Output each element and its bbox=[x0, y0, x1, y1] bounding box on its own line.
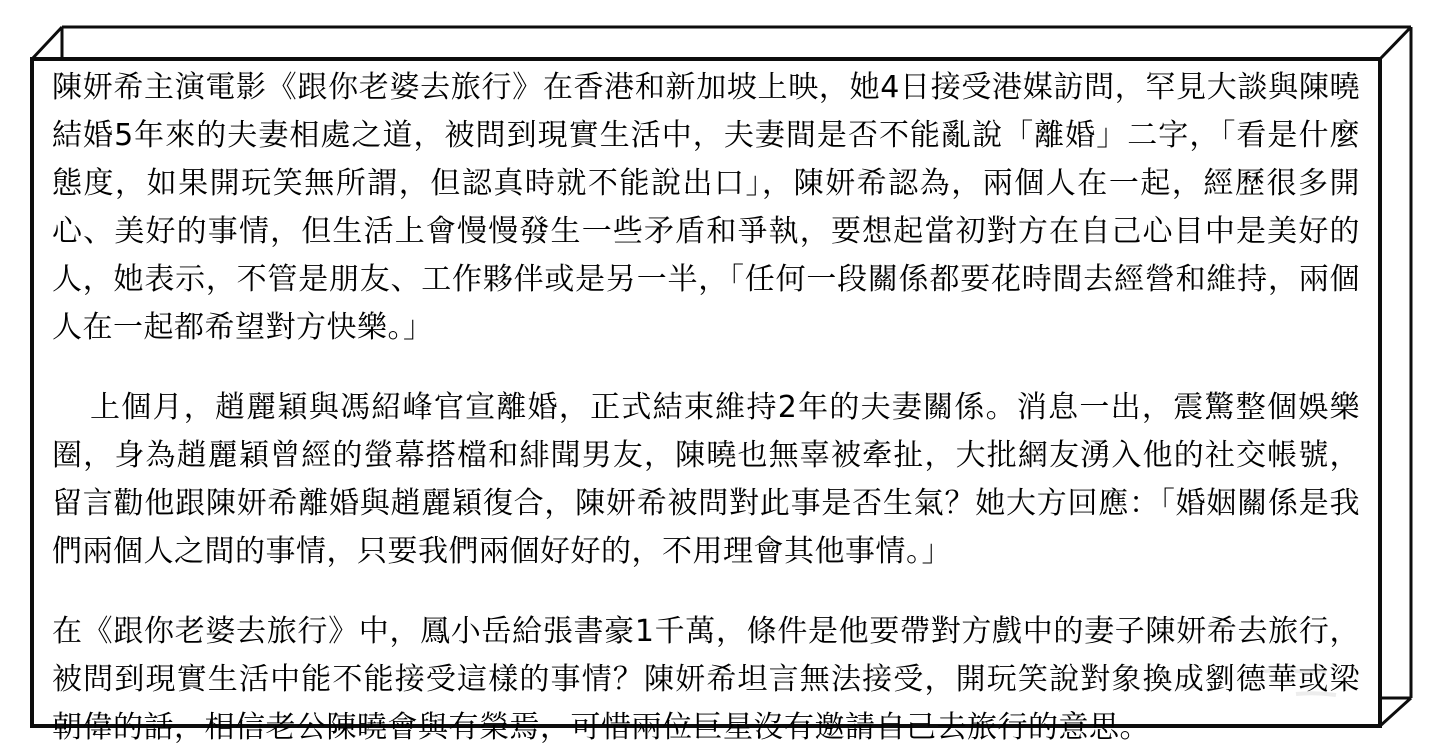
frame-top-left-slant bbox=[32, 27, 62, 59]
frame-top-right-slant bbox=[1380, 27, 1411, 59]
article-paragraph: 在《跟你老婆去旅行》中，鳳小岳給張書豪1千萬，條件是他要帶對方戲中的妻子陳妍希去… bbox=[52, 608, 1360, 752]
frame-bottom-right-slant bbox=[1380, 698, 1411, 726]
article-paragraph: 上個月，趙麗穎與馮紹峰官宣離婚，正式結束維持2年的夫妻關係。消息一出，震驚整個娛… bbox=[52, 384, 1360, 576]
article-paragraph: 陳妍希主演電影《跟你老婆去旅行》在香港和新加坡上映，她4日接受港媒訪問，罕見大談… bbox=[52, 64, 1360, 352]
page: 陳妍希主演電影《跟你老婆去旅行》在香港和新加坡上映，她4日接受港媒訪問，罕見大談… bbox=[0, 0, 1444, 754]
article-body: 陳妍希主演電影《跟你老婆去旅行》在香港和新加坡上映，她4日接受港媒訪問，罕見大談… bbox=[52, 64, 1360, 752]
